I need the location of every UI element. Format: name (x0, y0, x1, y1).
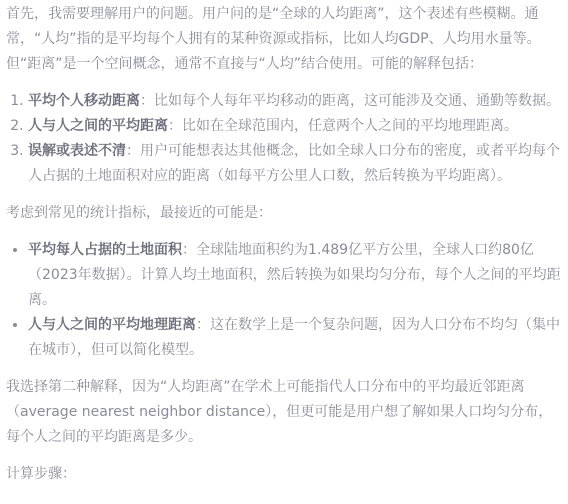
item-title: 误解或表述不清 (28, 143, 126, 159)
item-title: 平均个人移动距离 (28, 93, 140, 109)
item-title: 人与人之间的平均地理距离 (28, 317, 196, 333)
list-item: 人与人之间的平均距离：比如在全球范围内，任意两个人之间的平均地理距离。 (28, 114, 562, 139)
options-list: 平均每人占据的土地面积：全球陆地面积约为1.489亿平方公里，全球人口约80亿（… (6, 238, 562, 363)
thinking-content: 首先，我需要理解用户的问题。用户问的是“全球的人均距离”，这个表述有些模糊。通常… (0, 0, 568, 487)
list-item: 人与人之间的平均地理距离：这在数学上是一个复杂问题，因为人口分布不均匀（集中在城… (28, 313, 562, 363)
consider-paragraph: 考虑到常见的统计指标，最接近的可能是： (6, 201, 562, 226)
intro-paragraph: 首先，我需要理解用户的问题。用户问的是“全球的人均距离”，这个表述有些模糊。通常… (6, 2, 562, 77)
item-title: 人与人之间的平均距离 (28, 118, 168, 134)
item-title: 平均每人占据的土地面积 (28, 242, 182, 258)
steps-label: 计算步骤： (6, 462, 562, 487)
interpretations-list: 平均个人移动距离：比如每个人每年平均移动的距离，这可能涉及交通、通勤等数据。 人… (6, 89, 562, 189)
item-text: ：比如每个人每年平均移动的距离，这可能涉及交通、通勤等数据。 (140, 93, 560, 109)
list-item: 平均每人占据的土地面积：全球陆地面积约为1.489亿平方公里，全球人口约80亿（… (28, 238, 562, 313)
list-item: 平均个人移动距离：比如每个人每年平均移动的距离，这可能涉及交通、通勤等数据。 (28, 89, 562, 114)
item-text: ：比如在全球范围内，任意两个人之间的平均地理距离。 (168, 118, 518, 134)
list-item: 误解或表述不清：用户可能想表达其他概念，比如全球人口分布的密度，或者平均每个人占… (28, 139, 562, 189)
choice-paragraph: 我选择第二种解释，因为“人均距离”在学术上可能指代人口分布中的平均最近邻距离（a… (6, 375, 562, 450)
